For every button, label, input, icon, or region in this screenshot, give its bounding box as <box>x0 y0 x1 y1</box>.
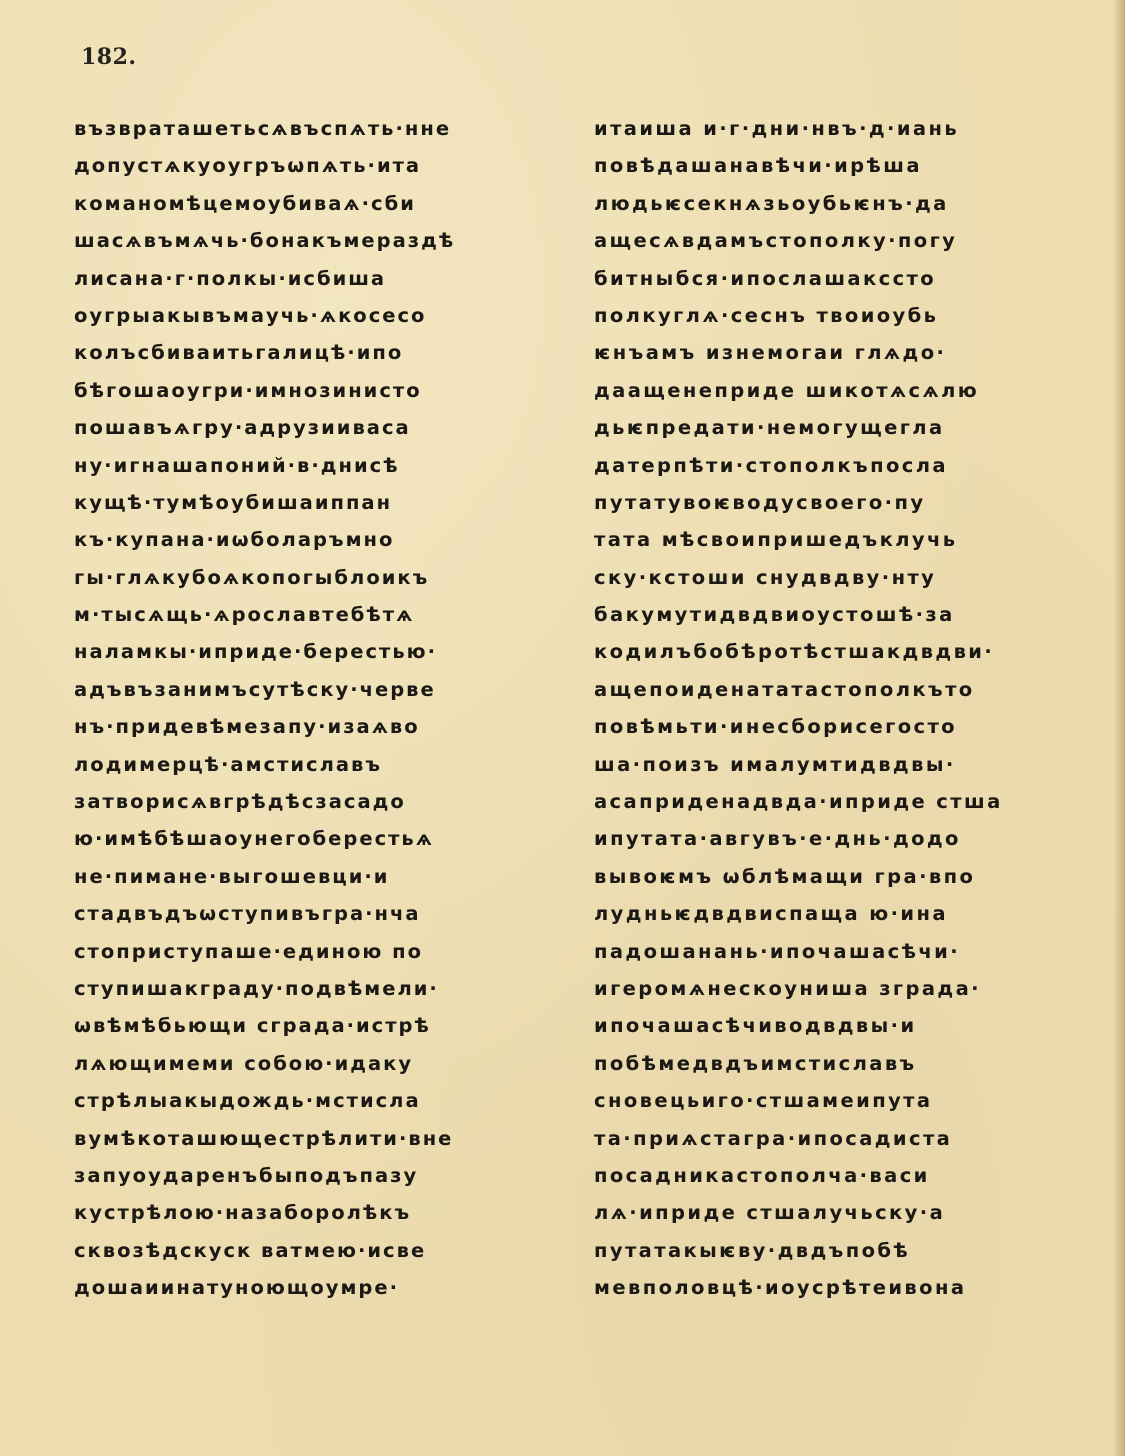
manuscript-line: лисана·г·полкы·исбиша <box>74 260 564 297</box>
manuscript-line: ску·кстоши снудвдву·нту <box>594 559 1104 596</box>
manuscript-line: повѣмьти·инесборисегосто <box>594 708 1104 745</box>
manuscript-line: лѧ·иприде стшалучьску·а <box>594 1194 1104 1231</box>
manuscript-line: ша·поизъ ималумтидвдвы· <box>594 746 1104 783</box>
manuscript-line: възвраташетьсѧвъспѧть·нне <box>74 110 564 147</box>
manuscript-line: тата мѣсвоипришедъклучь <box>594 521 1104 558</box>
manuscript-line: ащесѧвдамъстополку·погу <box>594 222 1104 259</box>
manuscript-line: кодилъбобѣротѣстшакдвдви· <box>594 633 1104 670</box>
manuscript-line: адъвъзанимъсутѣску·черве <box>74 671 564 708</box>
manuscript-line: людьѥсекнѧзьоубьѥнъ·да <box>594 185 1104 222</box>
page-gutter-shadow <box>1113 0 1125 1456</box>
manuscript-line: ну·игнашапоний·в·днисѣ <box>74 447 564 484</box>
manuscript-line: кустрѣлою·назаборолѣкъ <box>74 1194 564 1231</box>
manuscript-line: битныбся·ипослашакссто <box>594 260 1104 297</box>
manuscript-line: посадникастополча·васи <box>594 1157 1104 1194</box>
manuscript-line: наламкы·иприде·берестью· <box>74 633 564 670</box>
manuscript-line: сквозѣдскуск ватмею·исве <box>74 1232 564 1269</box>
manuscript-line: итаиша и·г·дни·нвъ·д·иань <box>594 110 1104 147</box>
manuscript-line: ипочашасѣчиводвдвы·и <box>594 1007 1104 1044</box>
manuscript-line: нъ·придевѣмезапу·изаѧво <box>74 708 564 745</box>
manuscript-line: датерпѣти·стополкъпосла <box>594 447 1104 484</box>
manuscript-line: лудньѥдвдвиспаща ю·ина <box>594 895 1104 932</box>
manuscript-line: дошаиинатуноющоумре· <box>74 1269 564 1306</box>
manuscript-line: ступишакграду·подвѣмели· <box>74 970 564 1007</box>
manuscript-line: ѥнъамъ изнемогаи глѧдо· <box>594 334 1104 371</box>
manuscript-line: падошанань·ипочашасѣчи· <box>594 933 1104 970</box>
manuscript-line: ю·имѣбѣшаоунегоберестьѧ <box>74 820 564 857</box>
manuscript-line: стоприступаше·единою по <box>74 933 564 970</box>
manuscript-line: мевполовцѣ·иоусрѣтеивона <box>594 1269 1104 1306</box>
manuscript-line: къ·купана·иѡболаръмно <box>74 521 564 558</box>
manuscript-line: даащенеприде шикотѧсѧлю <box>594 372 1104 409</box>
manuscript-line: асаприденадвда·иприде стша <box>594 783 1104 820</box>
manuscript-line: игеромѧнескоуниша зграда· <box>594 970 1104 1007</box>
manuscript-column-right: итаиша и·г·дни·нвъ·д·иань повѣдашанавѣчи… <box>594 110 1104 1307</box>
manuscript-line: лодимерцѣ·амстиславъ <box>74 746 564 783</box>
manuscript-line: не·пимане·выгошевци·и <box>74 858 564 895</box>
manuscript-line: команомѣцемоубиваѧ·сби <box>74 185 564 222</box>
manuscript-line: м·тысѧщь·ѧрославтебѣтѧ <box>74 596 564 633</box>
manuscript-line: вумѣкоташющестрѣлити·вне <box>74 1120 564 1157</box>
manuscript-line: повѣдашанавѣчи·ирѣша <box>594 147 1104 184</box>
manuscript-line: вывоѥмъ ѡблѣмащи гра·впо <box>594 858 1104 895</box>
manuscript-line: допустѧкуоугръѡпѧть·ита <box>74 147 564 184</box>
manuscript-line: лѧющимеми собою·идаку <box>74 1045 564 1082</box>
manuscript-column-left: възвраташетьсѧвъспѧть·нне допустѧкуоугръ… <box>74 110 564 1307</box>
manuscript-line: запуоударенъбыподъпазу <box>74 1157 564 1194</box>
manuscript-line: колъсбиваитьгалицѣ·ипо <box>74 334 564 371</box>
manuscript-line: дьѥпредати·немогущегла <box>594 409 1104 446</box>
manuscript-line: стадвъдъѡступивъгра·нча <box>74 895 564 932</box>
manuscript-line: гы·глѧкубоѧкопогыблоикъ <box>74 559 564 596</box>
manuscript-line: затворисѧвгрѣдѣсзасадо <box>74 783 564 820</box>
manuscript-line: путатувоѥводусвоего·пу <box>594 484 1104 521</box>
manuscript-line: ѡвѣмѣбьющи сграда·истрѣ <box>74 1007 564 1044</box>
manuscript-line: сновецьиго·стшамеипута <box>594 1082 1104 1119</box>
manuscript-line: побѣмедвдъимстиславъ <box>594 1045 1104 1082</box>
manuscript-line: бѣгошаоугри·имнозинисто <box>74 372 564 409</box>
manuscript-line: путатакыѥву·двдъпобѣ <box>594 1232 1104 1269</box>
manuscript-line: бакумутидвдвиоустошѣ·за <box>594 596 1104 633</box>
manuscript-line: шасѧвъмѧчь·бонакъмераздѣ <box>74 222 564 259</box>
manuscript-line: стрѣлыакыдождь·мстисла <box>74 1082 564 1119</box>
manuscript-line: пошавъѧгру·адрузииваса <box>74 409 564 446</box>
manuscript-line: полкуглѧ·сеснъ твоиоубь <box>594 297 1104 334</box>
manuscript-line: та·приѧстагра·ипосадиста <box>594 1120 1104 1157</box>
manuscript-line: оугрыакывъмаучь·ѧкосесо <box>74 297 564 334</box>
manuscript-line: кущѣ·тумѣоубишаиппан <box>74 484 564 521</box>
manuscript-line: ипутата·авгувъ·е·днь·додо <box>594 820 1104 857</box>
manuscript-line: ащепоиденататастополкъто <box>594 671 1104 708</box>
page-number: 182. <box>81 44 137 70</box>
